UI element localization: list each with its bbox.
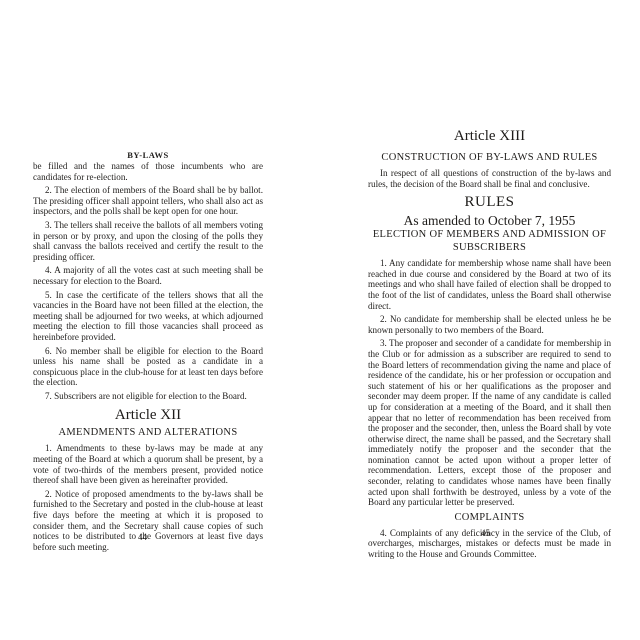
page-number: 44 xyxy=(138,532,147,542)
article-title: Article XII xyxy=(33,407,263,424)
rule-paragraph: 1. Any candidate for membership whose na… xyxy=(368,258,611,311)
right-page-body: Article XIII CONSTRUCTION OF BY-LAWS AND… xyxy=(368,128,611,563)
construction-paragraph: In respect of all questions of construct… xyxy=(368,168,611,189)
rule-paragraph: 2. No candidate for membership shall be … xyxy=(368,314,611,335)
left-page-body: be filled and the names of those incumbe… xyxy=(33,161,263,555)
running-head: BY-LAWS xyxy=(33,150,263,160)
bylaw-paragraph: 1. Amendments to these by-laws may be ma… xyxy=(33,443,263,485)
bylaw-paragraph: 7. Subscribers are not eligible for elec… xyxy=(33,391,263,402)
bylaw-paragraph: 2. The election of members of the Board … xyxy=(33,185,263,217)
rules-title: RULES xyxy=(368,193,611,211)
bylaw-paragraph: 5. In case the certificate of the teller… xyxy=(33,290,263,343)
bylaw-paragraph: 6. No member shall be eligible for elect… xyxy=(33,346,263,388)
page-number: 45 xyxy=(481,528,490,538)
continuation-paragraph: be filled and the names of those incumbe… xyxy=(33,161,263,182)
amended-date-line: As amended to October 7, 1955 xyxy=(368,213,611,228)
rule-paragraph: 3. The proposer and seconder of a candid… xyxy=(368,338,611,508)
section-title: AMENDMENTS AND ALTERATIONS xyxy=(33,426,263,439)
bylaw-paragraph: 2. Notice of proposed amendments to the … xyxy=(33,489,263,553)
bylaw-paragraph: 3. The tellers shall receive the ballots… xyxy=(33,220,263,262)
complaints-title: COMPLAINTS xyxy=(368,511,611,524)
article-title: Article XIII xyxy=(368,128,611,145)
election-section-title: ELECTION OF MEMBERS AND ADMISSION OF SUB… xyxy=(368,228,611,254)
bylaw-paragraph: 4. A majority of all the votes cast at s… xyxy=(33,265,263,286)
section-title: CONSTRUCTION OF BY-LAWS AND RULES xyxy=(368,151,611,164)
